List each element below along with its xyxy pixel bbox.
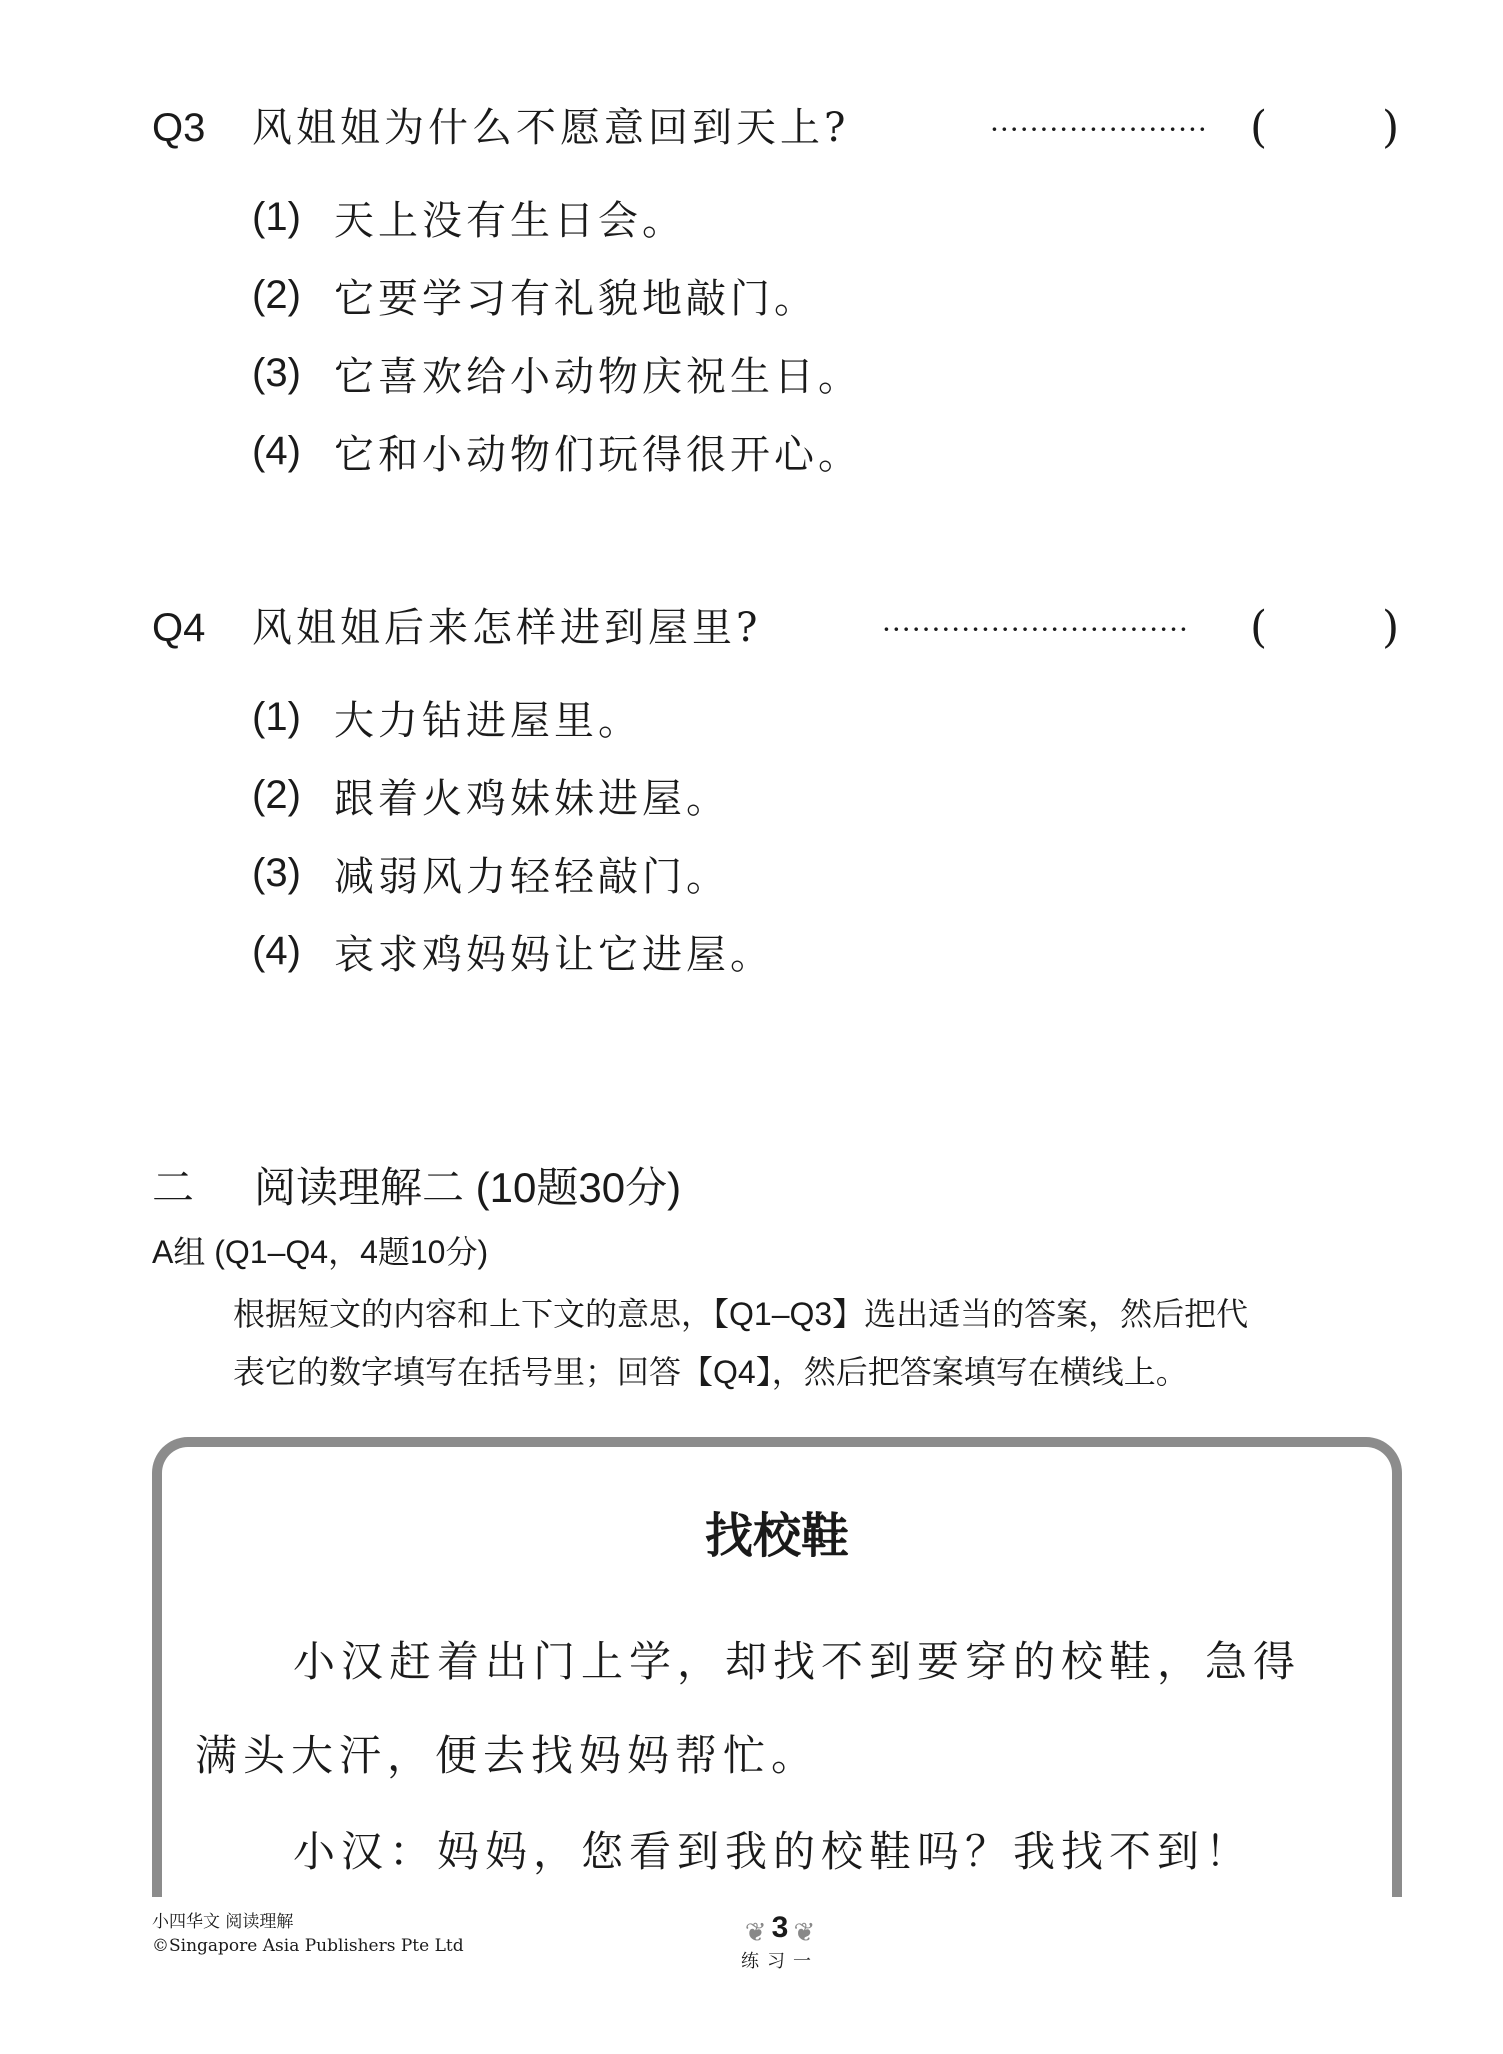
question-q3: Q3 风姐姐为什么不愿意回到天上? ······················… (152, 100, 1412, 160)
option-number: (4) (252, 429, 334, 474)
option-number: (2) (252, 773, 334, 818)
option-number: (1) (252, 695, 334, 740)
option-item: (4) 它和小动物们玩得很开心。 (252, 412, 862, 490)
passage-title: 找校鞋 (152, 1505, 1402, 1569)
question-q4: Q4 风姐姐后来怎样进到屋里? ························… (152, 600, 1412, 660)
question-text: 风姐姐为什么不愿意回到天上? (252, 100, 849, 156)
page-marker: ❦ 3 ❦ 练习一 (735, 1912, 825, 1976)
passage-paragraph-1: 小汉赶着出门上学，却找不到要穿的校鞋，急得 (195, 1630, 1375, 1694)
answer-paren-close: ) (1382, 600, 1399, 656)
question-text: 风姐姐后来怎样进到屋里? (252, 600, 761, 656)
option-number: (3) (252, 351, 334, 396)
option-item: (4) 哀求鸡妈妈让它进屋。 (252, 912, 774, 990)
section-heading: 二阅读理解二 (10题30分) (152, 1160, 681, 1216)
passage-line: 小汉赶着出门上学，却找不到要穿的校鞋，急得 (293, 1637, 1301, 1686)
passage-paragraph-2: 小汉：妈妈，您看到我的校鞋吗？我找不到！ (195, 1820, 1375, 1884)
option-number: (3) (252, 851, 334, 896)
option-number: (2) (252, 273, 334, 318)
options-q4: (1) 大力钻进屋里。 (2) 跟着火鸡妹妹进屋。 (3) 减弱风力轻轻敲门。 … (252, 678, 774, 990)
options-q3: (1) 天上没有生日会。 (2) 它要学习有礼貌地敲门。 (3) 它喜欢给小动物… (252, 178, 862, 490)
page-number: 3 (772, 1911, 789, 1944)
option-text: 它和小动物们玩得很开心。 (334, 423, 862, 480)
section-title: 阅读理解二 (10题30分) (254, 1164, 681, 1211)
answer-paren-open: ( (1250, 100, 1267, 156)
option-item: (2) 它要学习有礼貌地敲门。 (252, 256, 862, 334)
passage-paragraph-1-cont: 满头大汗，便去找妈妈帮忙。 (195, 1724, 1375, 1788)
option-item: (2) 跟着火鸡妹妹进屋。 (252, 756, 774, 834)
option-text: 天上没有生日会。 (334, 189, 686, 246)
option-text: 跟着火鸡妹妹进屋。 (334, 767, 730, 824)
group-title: A组 (Q1–Q4，4题10分) (152, 1230, 488, 1274)
section-number: 二 (152, 1160, 254, 1216)
ornament-right-icon: ❦ (793, 1918, 815, 1948)
instructions-line-1: 根据短文的内容和上下文的意思，【Q1–Q3】选出适当的答案，然后把代 (233, 1285, 1413, 1343)
answer-paren-open: ( (1250, 600, 1267, 656)
book-title: 小四华文 阅读理解 (152, 1910, 464, 1934)
question-number: Q3 (152, 100, 205, 156)
option-number: (4) (252, 929, 334, 974)
option-text: 大力钻进屋里。 (334, 689, 642, 746)
passage-line: 满头大汗，便去找妈妈帮忙。 (195, 1731, 819, 1780)
option-item: (3) 它喜欢给小动物庆祝生日。 (252, 334, 862, 412)
option-item: (1) 天上没有生日会。 (252, 178, 862, 256)
option-item: (3) 减弱风力轻轻敲门。 (252, 834, 774, 912)
option-text: 它要学习有礼貌地敲门。 (334, 267, 818, 324)
answer-leader-dots: ······························· (882, 610, 1189, 650)
option-item: (1) 大力钻进屋里。 (252, 678, 774, 756)
option-number: (1) (252, 195, 334, 240)
option-text: 减弱风力轻轻敲门。 (334, 845, 730, 902)
ornament-left-icon: ❦ (745, 1918, 767, 1948)
exercise-label: 练习一 (735, 1948, 825, 1976)
instructions: 根据短文的内容和上下文的意思，【Q1–Q3】选出适当的答案，然后把代 表它的数字… (233, 1285, 1413, 1401)
footer-info: 小四华文 阅读理解 ©Singapore Asia Publishers Pte… (152, 1910, 464, 1958)
answer-paren-close: ) (1382, 100, 1399, 156)
question-number: Q4 (152, 600, 205, 656)
passage-line: 小汉：妈妈，您看到我的校鞋吗？我找不到！ (293, 1827, 1253, 1876)
option-text: 哀求鸡妈妈让它进屋。 (334, 923, 774, 980)
instructions-line-2: 表它的数字填写在括号里；回答【Q4】，然后把答案填写在横线上。 (233, 1343, 1413, 1401)
answer-leader-dots: ······················ (990, 110, 1208, 150)
option-text: 它喜欢给小动物庆祝生日。 (334, 345, 862, 402)
copyright: ©Singapore Asia Publishers Pte Ltd (152, 1934, 464, 1958)
